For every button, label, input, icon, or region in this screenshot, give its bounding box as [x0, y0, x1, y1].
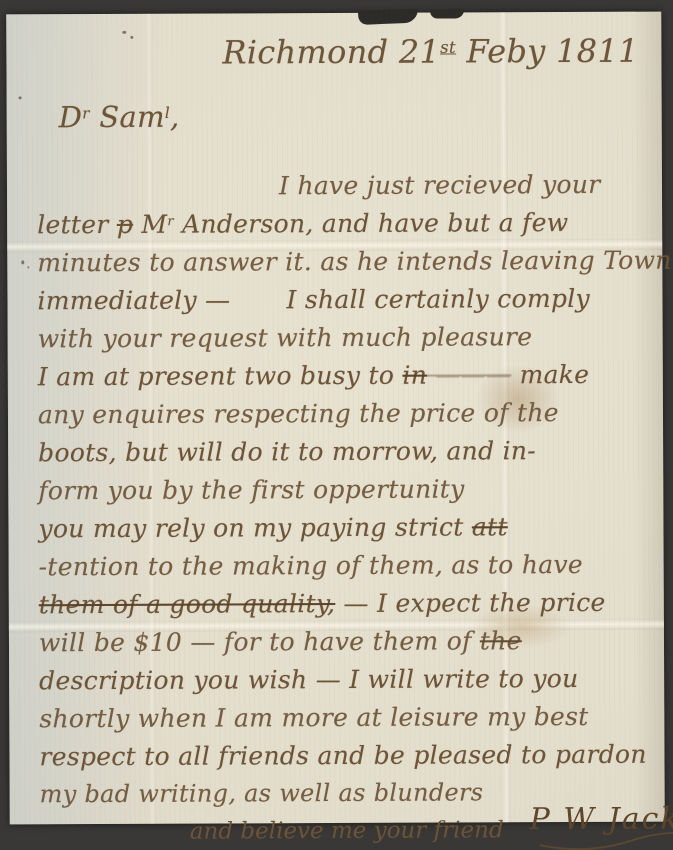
text-segment: my bad writing, as well as blunders — [40, 778, 484, 808]
text-segment: make — [511, 360, 589, 389]
text-segment: immediately — — [37, 285, 230, 315]
handwritten-line: will be $10 — for to have them of the — [39, 626, 658, 667]
handwritten-line: them of a good quality, — I expect the p… — [39, 588, 658, 629]
text-segment: will be $10 — for to have them of — [39, 626, 480, 657]
text-segment: p — [117, 210, 133, 239]
text-segment: respect to all friends and be pleased to… — [39, 740, 646, 772]
signature-block: P W Jackson — [530, 801, 673, 837]
struck-text: them of a good quality, — [39, 589, 336, 619]
scanned-letter-page: Richmond 21st Feby 1811Dr Saml,I have ju… — [0, 0, 673, 850]
handwritten-line: respect to all friends and be pleased to… — [39, 740, 658, 781]
text-segment: I shall certainly comply — [286, 284, 590, 314]
text-segment: with your request with much pleasure — [38, 322, 533, 353]
handwritten-line: form you by the first oppertunity — [38, 474, 657, 515]
struck-text: ——— — [427, 360, 511, 389]
struck-text: the — [480, 626, 522, 655]
handwritten-line: I am at present two busy to in ——— make — [38, 360, 657, 401]
handwritten-line: -tention to the making of them, as to ha… — [39, 550, 658, 591]
text-segment: -tention to the making of them, as to ha… — [39, 550, 583, 581]
text-segment: Richmond 21 — [222, 33, 440, 72]
text-segment: M — [133, 210, 167, 239]
text-segment: any enquires respecting the price of the — [38, 398, 559, 429]
text-segment: D — [59, 100, 83, 134]
text-segment: st — [440, 38, 456, 57]
text-segment: r — [82, 104, 90, 122]
struck-text: att — [472, 512, 508, 541]
text-segment: Sam — [90, 100, 165, 134]
letter-content: Richmond 21st Feby 1811Dr Saml,I have ju… — [6, 12, 665, 825]
text-segment: you may rely on my paying strict — [38, 512, 472, 543]
text-segment: description you wish — I will write to y… — [39, 664, 578, 695]
text-segment: form you by the first oppertunity — [38, 474, 464, 505]
handwritten-line: boots, but will do it to morrow, and in- — [38, 436, 657, 477]
text-segment: I have just recieved your — [279, 170, 601, 200]
signature-flourish — [536, 830, 673, 850]
salutation: Dr Saml, — [37, 84, 656, 173]
closing-phrase: and believe me your friend — [190, 817, 504, 844]
struck-text: in — [402, 361, 427, 390]
handwritten-line: any enquires respecting the price of the — [38, 398, 657, 439]
letter-body: Richmond 21st Feby 1811Dr Saml,I have ju… — [36, 26, 658, 811]
text-segment: letter — [37, 210, 117, 239]
text-segment: I am at present two busy to — [38, 361, 403, 392]
handwritten-line: immediately —I shall certainly comply — [37, 284, 656, 325]
closing-row: and believe me your friend P W Jackson — [40, 810, 659, 848]
handwritten-line: with your request with much pleasure — [38, 322, 657, 363]
handwritten-line: description you wish — I will write to y… — [39, 664, 658, 705]
text-segment: — I expect the price — [335, 588, 605, 618]
handwritten-line: letter p Mr Anderson, and have but a few — [37, 208, 656, 249]
handwritten-line: you may rely on my paying strict att — [38, 512, 657, 553]
text-segment: Anderson, and have but a few — [174, 208, 569, 239]
text-segment: shortly when I am more at leisure my bes… — [39, 702, 588, 733]
handwritten-line: minutes to answer it. as he intends leav… — [37, 246, 656, 287]
handwritten-line: shortly when I am more at leisure my bes… — [39, 702, 658, 743]
text-segment: minutes to answer it. as he intends leav… — [37, 246, 671, 278]
text-segment: , — [170, 100, 180, 134]
handwritten-line: I have just recieved your — [37, 170, 656, 211]
dateline: Richmond 21st Feby 1811 — [36, 26, 655, 87]
text-segment: Feby 1811 — [456, 32, 639, 71]
letter-paper: Richmond 21st Feby 1811Dr Saml,I have ju… — [6, 12, 665, 825]
text-segment: boots, but will do it to morrow, and in- — [38, 436, 536, 467]
